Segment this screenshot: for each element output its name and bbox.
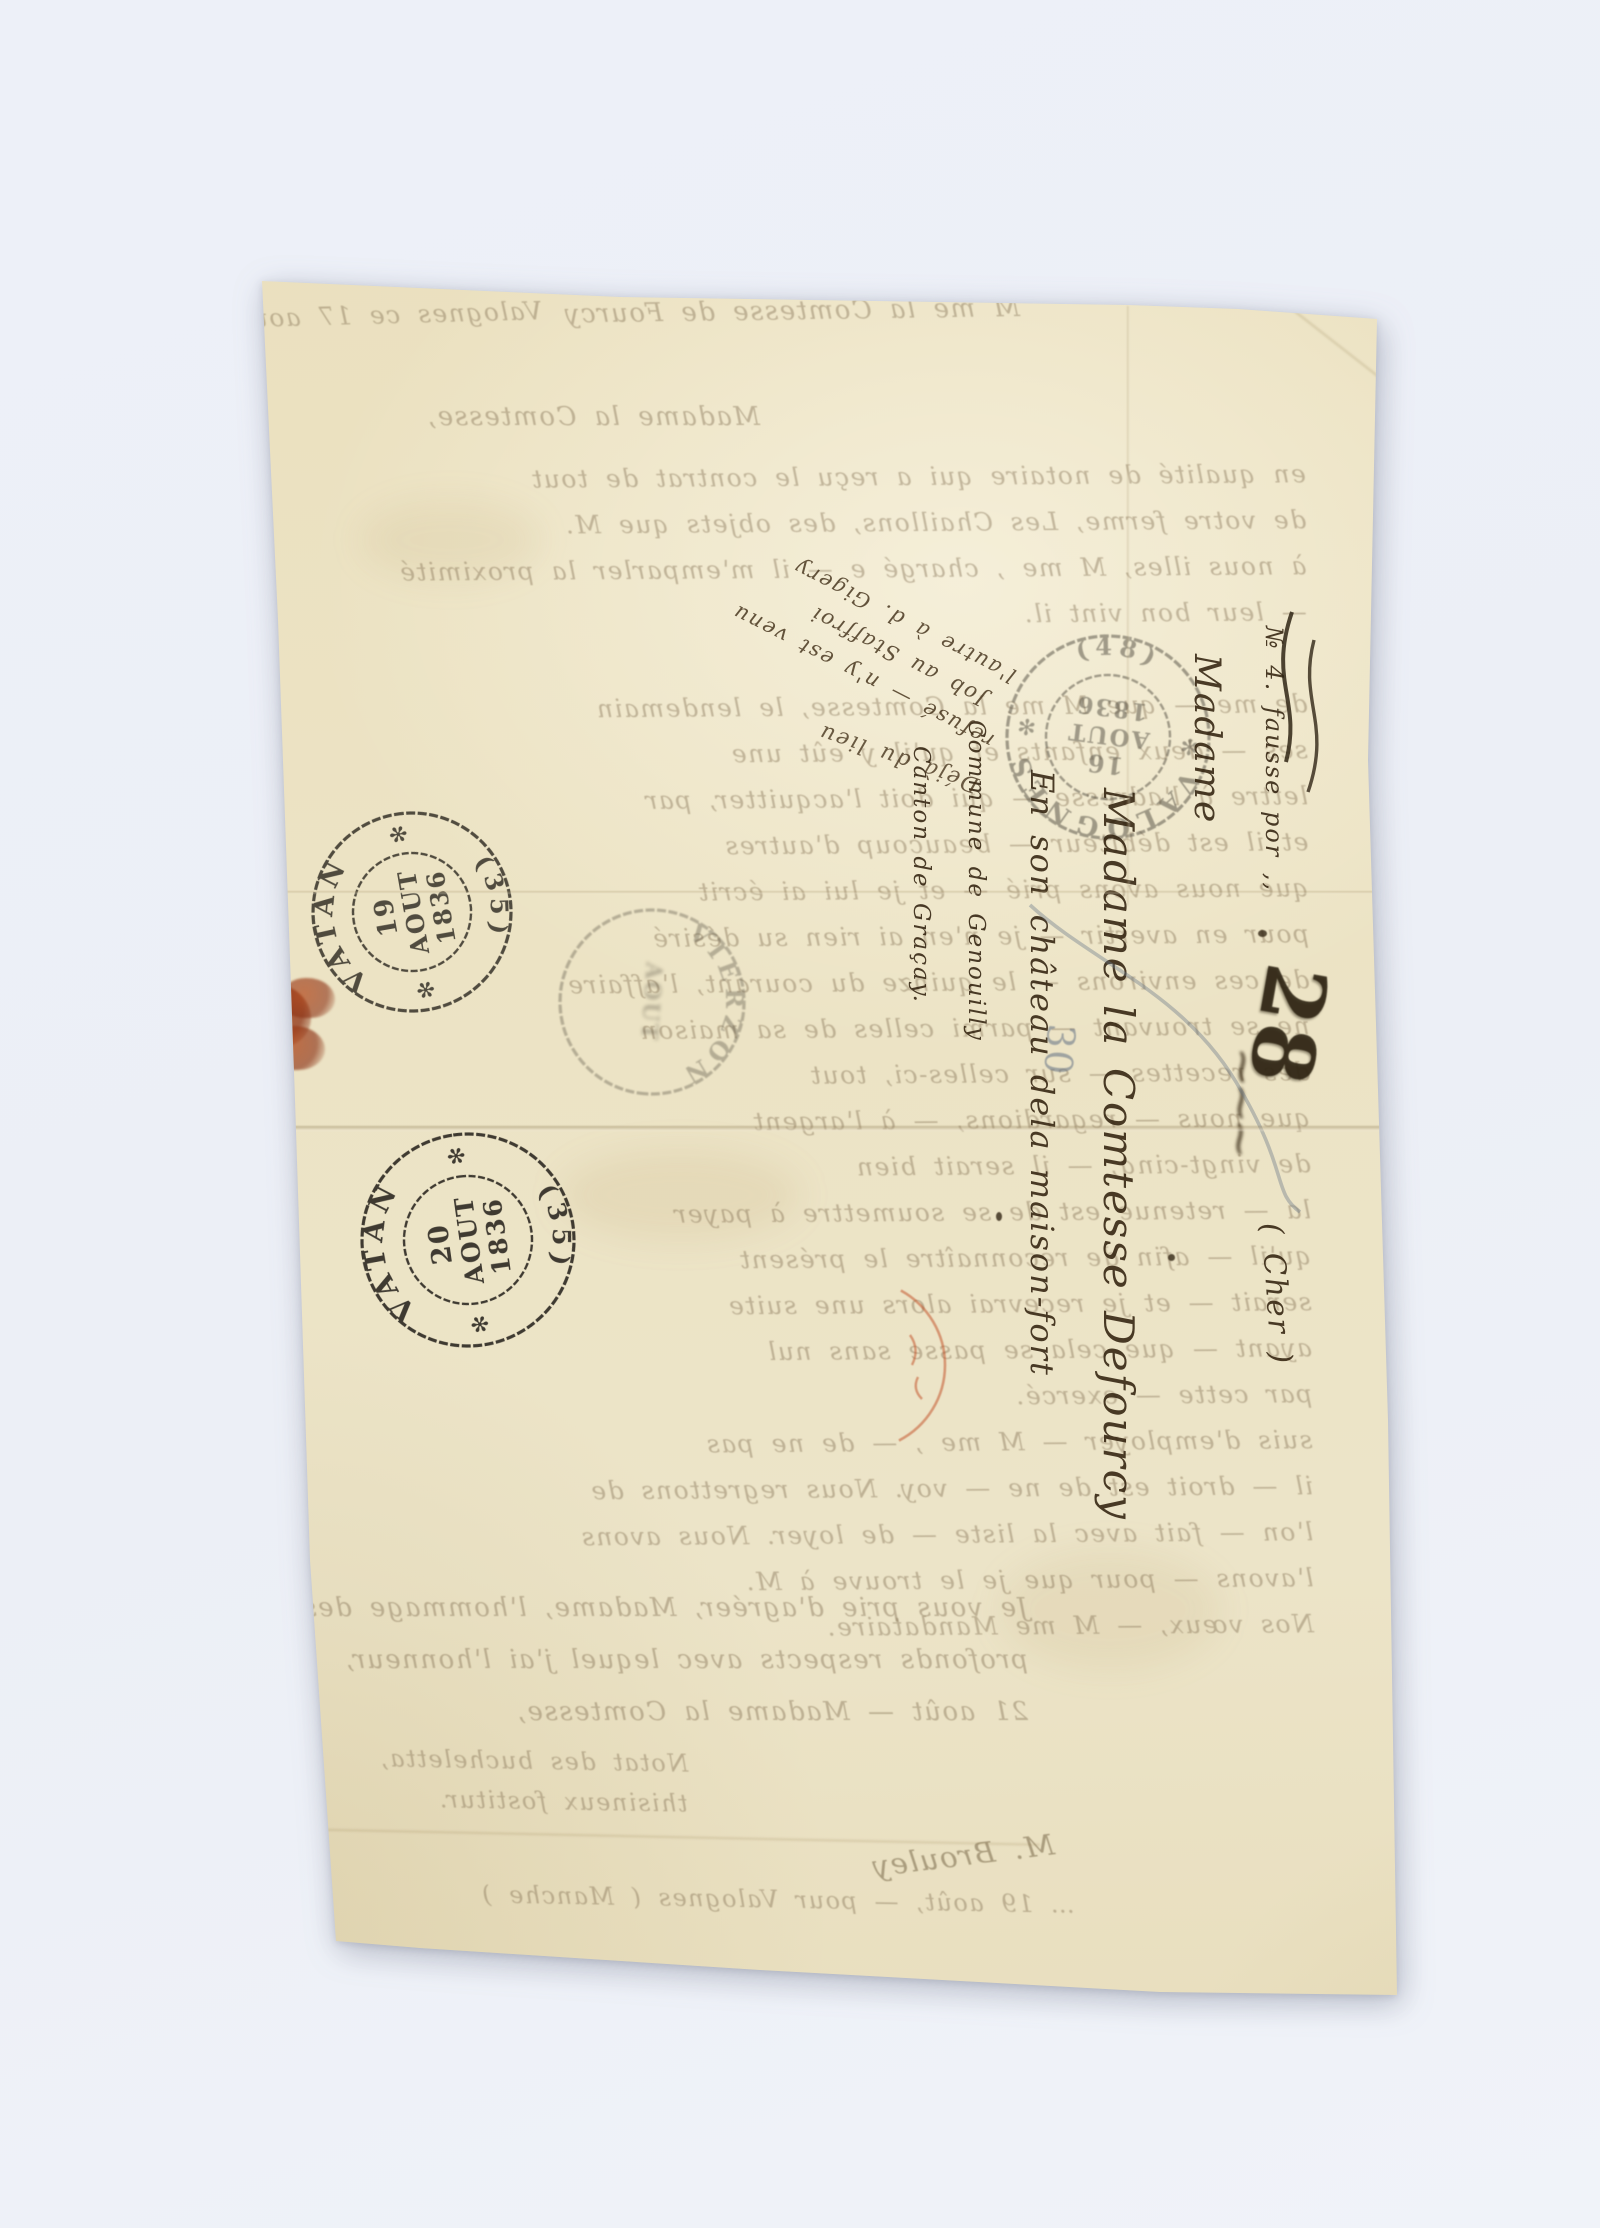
handwriting-line: ⁓⁓⁓ bbox=[1217, 1049, 1263, 1230]
postmark-vatan-20-aout: VATAN (35) ✻ ✻ 20 AOUT 1836 bbox=[335, 1107, 602, 1374]
showthrough-heading: M me la Comtesse de Fourcy bbox=[600, 293, 1020, 329]
showthrough-date-line: Valognes ce 17 août 1836, bbox=[262, 296, 543, 332]
handwriting-line: Valognes ce 17 août 1836, bbox=[262, 296, 543, 332]
ink-speck bbox=[996, 1212, 1002, 1221]
handwriting-line: Madame la Comtesse, bbox=[540, 402, 760, 432]
postmark-vierzon-faint: VIERZON AOUT bbox=[545, 895, 758, 1108]
showthrough-signature: M. Brouley bbox=[844, 1827, 1057, 1886]
stamp-town-text: VATAN bbox=[347, 1171, 426, 1333]
fleur-de-lis-ornament: ✻ bbox=[468, 1313, 495, 1335]
handwriting-line: … 19 août, — pour Valognes ( Manche ) bbox=[295, 1877, 1075, 1919]
letter-sheet: Valognes ce 17 août 1836, M me la Comtes… bbox=[0, 0, 1600, 2228]
ink-speck bbox=[1258, 930, 1267, 937]
handwriting-line: Je vous prie d'agréer, Madame, l'hommage… bbox=[248, 1582, 1028, 1634]
showthrough-closing: Je vous prie d'agréer, Madame, l'hommage… bbox=[248, 1582, 1028, 1738]
handwriting-line: M. Brouley bbox=[844, 1827, 1057, 1886]
handwriting-line: profonds respects avec lequel j'ai l'hon… bbox=[248, 1634, 1028, 1686]
postmark-vatan-19-aout: VATAN (35) ✻ ✻ 19 AOUT 1836 bbox=[285, 785, 540, 1040]
handwriting-line: thisineux fostitur. bbox=[267, 1776, 688, 1823]
fleur-de-lis-ornament: ✻ bbox=[413, 978, 441, 1000]
ink-smudge-word: ⁓⁓⁓ bbox=[1217, 1049, 1263, 1230]
handwriting-line: en qualité de notaire qui a reçu le cont… bbox=[244, 451, 1306, 504]
fleur-de-lis-ornament: ✻ bbox=[386, 823, 414, 845]
handwriting-line: 21 août — Madame la Comtesse, bbox=[248, 1686, 1028, 1738]
scanned-letter-photo: Valognes ce 17 août 1836, M me la Comtes… bbox=[0, 0, 1600, 2228]
showthrough-salutation: Madame la Comtesse, bbox=[540, 402, 760, 432]
showthrough-postscript: Notat des bucheletta,thisineux fostitur. bbox=[267, 1736, 688, 1823]
handwriting-line: de votre ferme, Les Chaillons, des objet… bbox=[244, 497, 1306, 550]
handwriting-line: M me la Comtesse de Fourcy bbox=[600, 293, 1020, 329]
fold-crease-corner bbox=[1229, 259, 1411, 402]
handwriting-line: 30 bbox=[1033, 1022, 1084, 1106]
stamp-date-smudge: AOUT bbox=[635, 960, 667, 1042]
fleur-de-lis-ornament: ✻ bbox=[444, 1145, 471, 1167]
handwriting-line: Madame la Comtesse Defourcy bbox=[1072, 620, 1164, 1500]
showthrough-bottom-line: … 19 août, — pour Valognes ( Manche ) bbox=[295, 1877, 1075, 1919]
paper-shadow-wrap: Valognes ce 17 août 1836, M me la Comtes… bbox=[0, 0, 1600, 2228]
stamp-dept-text: (35) bbox=[467, 847, 522, 947]
crayon-30-marking: 30 bbox=[1033, 1022, 1084, 1106]
ink-speck bbox=[1168, 1254, 1175, 1261]
